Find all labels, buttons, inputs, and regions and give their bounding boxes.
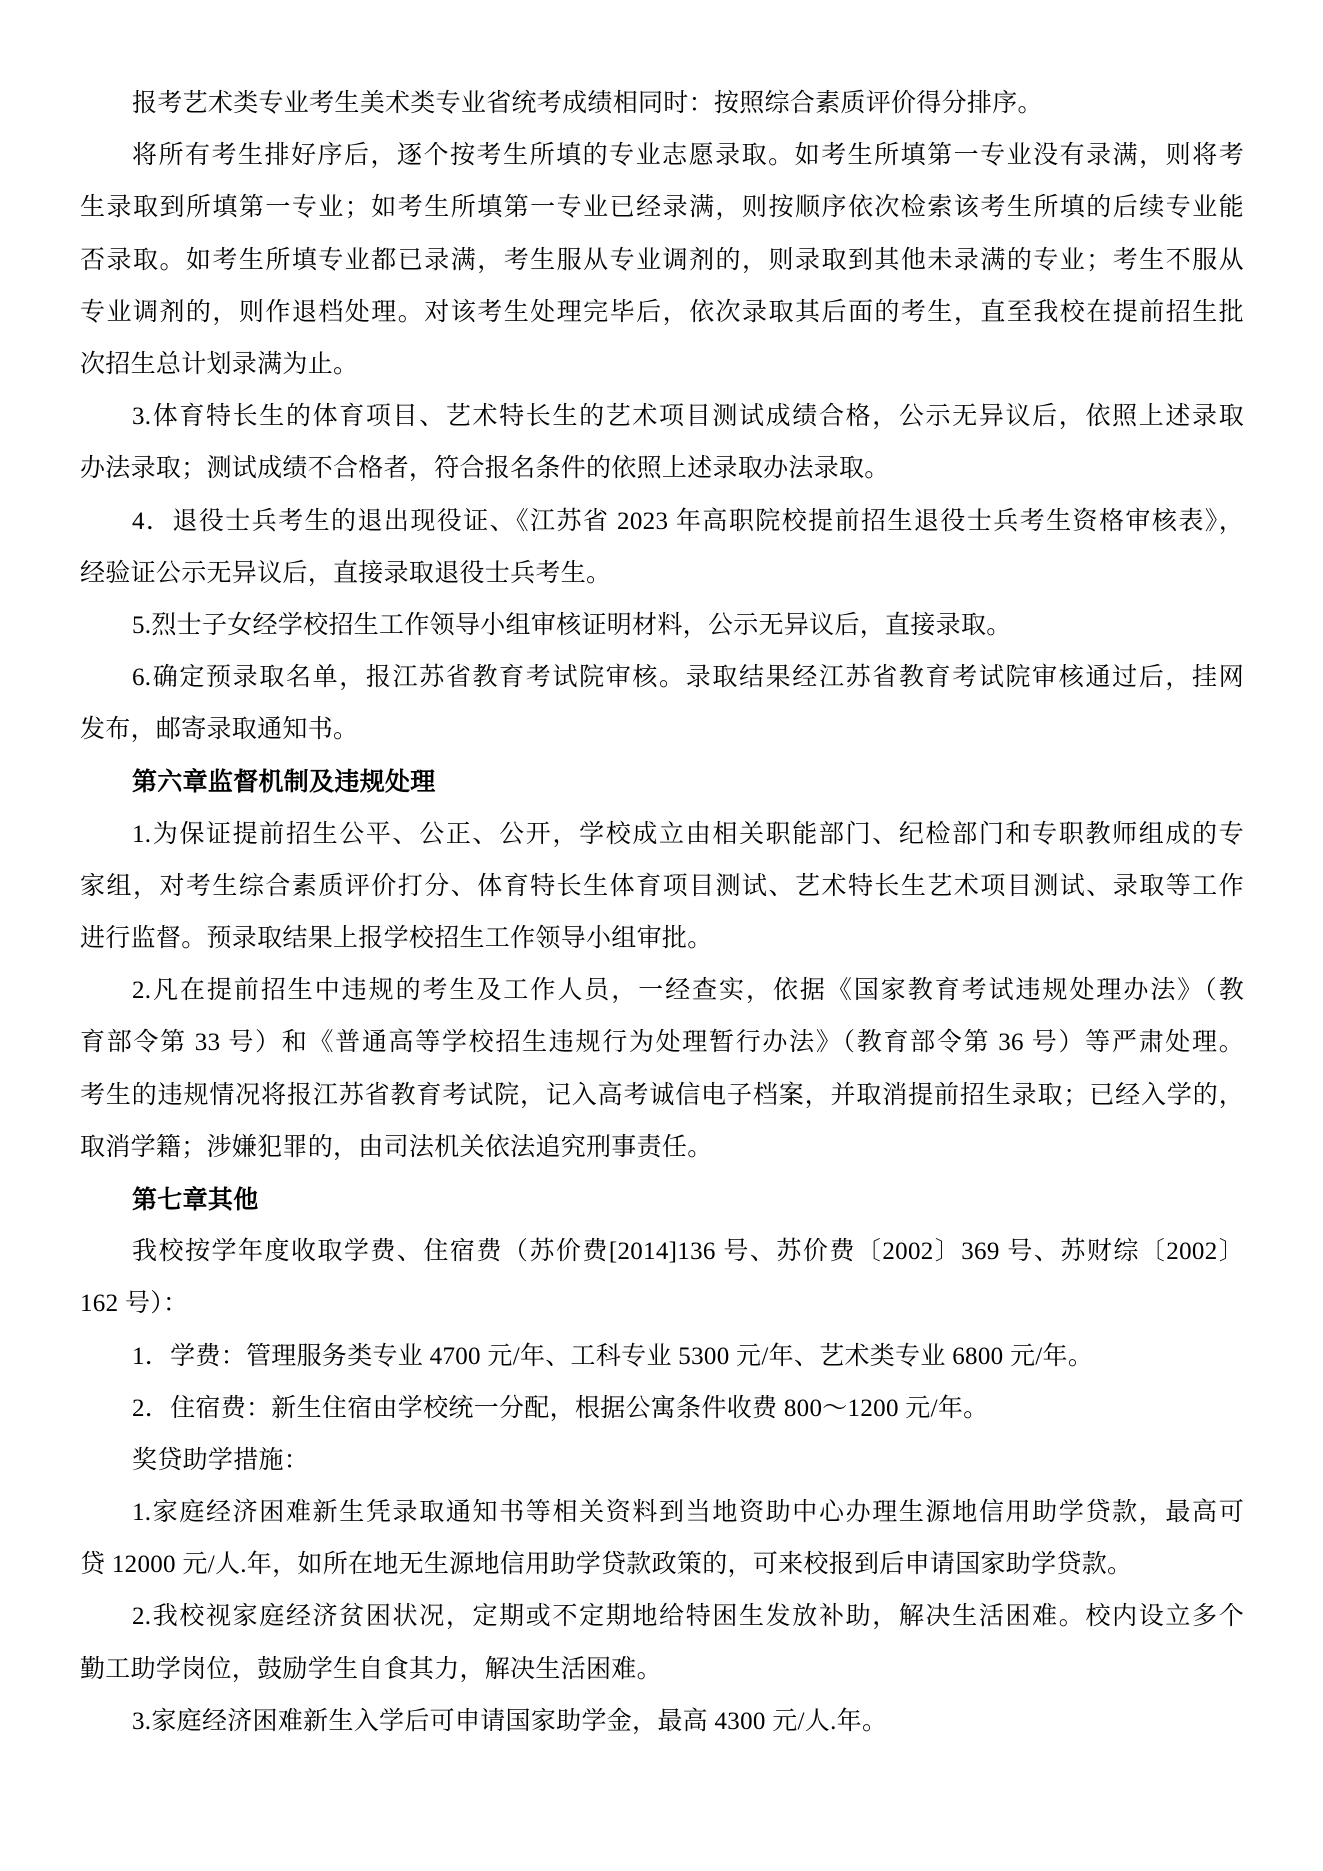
text-line: 生录取到所填第一专业；如考生所填第一专业已经录满，则按顺序依次检索该考生所填的后… bbox=[80, 182, 1244, 234]
paragraph: 1．学费：管理服务类专业 4700 元/年、工科专业 5300 元/年、艺术类专… bbox=[80, 1331, 1244, 1383]
text-line: 贷 12000 元/人.年，如所在地无生源地信用助学贷款政策的，可来校报到后申请… bbox=[80, 1539, 1244, 1591]
paragraph: 3.家庭经济困难新生入学后可申请国家助学金，最高 4300 元/人.年。 bbox=[80, 1696, 1244, 1748]
text-line: 1.家庭经济困难新生凭录取通知书等相关资料到当地资助中心办理生源地信用助学贷款，… bbox=[80, 1487, 1244, 1539]
text-line: 我校按学年度收取学费、住宿费（苏价费[2014]136 号、苏价费〔2002〕3… bbox=[80, 1226, 1244, 1278]
paragraph: 2.我校视家庭经济贫困状况，定期或不定期地给特困生发放补助，解决生活困难。校内设… bbox=[80, 1591, 1244, 1695]
paragraph: 5.烈士子女经学校招生工作领导小组审核证明材料，公示无异议后，直接录取。 bbox=[80, 600, 1244, 652]
paragraph: 报考艺术类专业考生美术类专业省统考成绩相同时：按照综合素质评价得分排序。 bbox=[80, 78, 1244, 130]
text-line: 否录取。如考生所填专业都已录满，考生服从专业调剂的，则录取到其他未录满的专业；考… bbox=[80, 235, 1244, 287]
paragraph: 2．住宿费：新生住宿由学校统一分配，根据公寓条件收费 800～1200 元/年。 bbox=[80, 1383, 1244, 1435]
text-line: 6.确定预录取名单，报江苏省教育考试院审核。录取结果经江苏省教育考试院审核通过后… bbox=[80, 652, 1244, 704]
text-line: 育部令第 33 号）和《普通高等学校招生违规行为处理暂行办法》（教育部令第 36… bbox=[80, 1017, 1244, 1069]
paragraph: 我校按学年度收取学费、住宿费（苏价费[2014]136 号、苏价费〔2002〕3… bbox=[80, 1226, 1244, 1330]
text-line: 1.为保证提前招生公平、公正、公开，学校成立由相关职能部门、纪检部门和专职教师组… bbox=[80, 809, 1244, 861]
text-line: 奖贷助学措施： bbox=[80, 1435, 1244, 1487]
text-line: 专业调剂的，则作退档处理。对该考生处理完毕后，依次录取其后面的考生，直至我校在提… bbox=[80, 287, 1244, 339]
heading-line: 第七章其他 bbox=[80, 1174, 1244, 1226]
text-line: 162 号）： bbox=[80, 1278, 1244, 1330]
text-line: 经验证公示无异议后，直接录取退役士兵考生。 bbox=[80, 548, 1244, 600]
paragraph: 6.确定预录取名单，报江苏省教育考试院审核。录取结果经江苏省教育考试院审核通过后… bbox=[80, 652, 1244, 756]
text-line: 家组，对考生综合素质评价打分、体育特长生体育项目测试、艺术特长生艺术项目测试、录… bbox=[80, 861, 1244, 913]
text-line: 次招生总计划录满为止。 bbox=[80, 339, 1244, 391]
text-line: 5.烈士子女经学校招生工作领导小组审核证明材料，公示无异议后，直接录取。 bbox=[80, 600, 1244, 652]
paragraph: 奖贷助学措施： bbox=[80, 1435, 1244, 1487]
text-line: 发布，邮寄录取通知书。 bbox=[80, 704, 1244, 756]
text-line: 2.我校视家庭经济贫困状况，定期或不定期地给特困生发放补助，解决生活困难。校内设… bbox=[80, 1591, 1244, 1643]
section-heading: 第六章监督机制及违规处理 bbox=[80, 756, 1244, 808]
text-line: 3.家庭经济困难新生入学后可申请国家助学金，最高 4300 元/人.年。 bbox=[80, 1696, 1244, 1748]
paragraph: 2.凡在提前招生中违规的考生及工作人员，一经查实，依据《国家教育考试违规处理办法… bbox=[80, 965, 1244, 1174]
paragraph: 1.家庭经济困难新生凭录取通知书等相关资料到当地资助中心办理生源地信用助学贷款，… bbox=[80, 1487, 1244, 1591]
text-line: 1．学费：管理服务类专业 4700 元/年、工科专业 5300 元/年、艺术类专… bbox=[80, 1331, 1244, 1383]
text-line: 办法录取；测试成绩不合格者，符合报名条件的依照上述录取办法录取。 bbox=[80, 443, 1244, 495]
paragraph: 1.为保证提前招生公平、公正、公开，学校成立由相关职能部门、纪检部门和专职教师组… bbox=[80, 809, 1244, 966]
text-line: 进行监督。预录取结果上报学校招生工作领导小组审批。 bbox=[80, 913, 1244, 965]
text-line: 3.体育特长生的体育项目、艺术特长生的艺术项目测试成绩合格，公示无异议后，依照上… bbox=[80, 391, 1244, 443]
text-line: 报考艺术类专业考生美术类专业省统考成绩相同时：按照综合素质评价得分排序。 bbox=[80, 78, 1244, 130]
text-line: 4．退役士兵考生的退出现役证、《江苏省 2023 年高职院校提前招生退役士兵考生… bbox=[80, 496, 1244, 548]
heading-line: 第六章监督机制及违规处理 bbox=[80, 756, 1244, 808]
text-line: 取消学籍；涉嫌犯罪的，由司法机关依法追究刑事责任。 bbox=[80, 1122, 1244, 1174]
document-body: 报考艺术类专业考生美术类专业省统考成绩相同时：按照综合素质评价得分排序。将所有考… bbox=[0, 0, 1323, 1748]
paragraph: 3.体育特长生的体育项目、艺术特长生的艺术项目测试成绩合格，公示无异议后，依照上… bbox=[80, 391, 1244, 495]
paragraph: 4．退役士兵考生的退出现役证、《江苏省 2023 年高职院校提前招生退役士兵考生… bbox=[80, 496, 1244, 600]
text-line: 2．住宿费：新生住宿由学校统一分配，根据公寓条件收费 800～1200 元/年。 bbox=[80, 1383, 1244, 1435]
text-line: 考生的违规情况将报江苏省教育考试院，记入高考诚信电子档案，并取消提前招生录取；已… bbox=[80, 1070, 1244, 1122]
text-line: 2.凡在提前招生中违规的考生及工作人员，一经查实，依据《国家教育考试违规处理办法… bbox=[80, 965, 1244, 1017]
paragraph: 将所有考生排好序后，逐个按考生所填的专业志愿录取。如考生所填第一专业没有录满，则… bbox=[80, 130, 1244, 391]
section-heading: 第七章其他 bbox=[80, 1174, 1244, 1226]
text-line: 勤工助学岗位，鼓励学生自食其力，解决生活困难。 bbox=[80, 1644, 1244, 1696]
document-page: 报考艺术类专业考生美术类专业省统考成绩相同时：按照综合素质评价得分排序。将所有考… bbox=[0, 0, 1323, 1871]
text-line: 将所有考生排好序后，逐个按考生所填的专业志愿录取。如考生所填第一专业没有录满，则… bbox=[80, 130, 1244, 182]
